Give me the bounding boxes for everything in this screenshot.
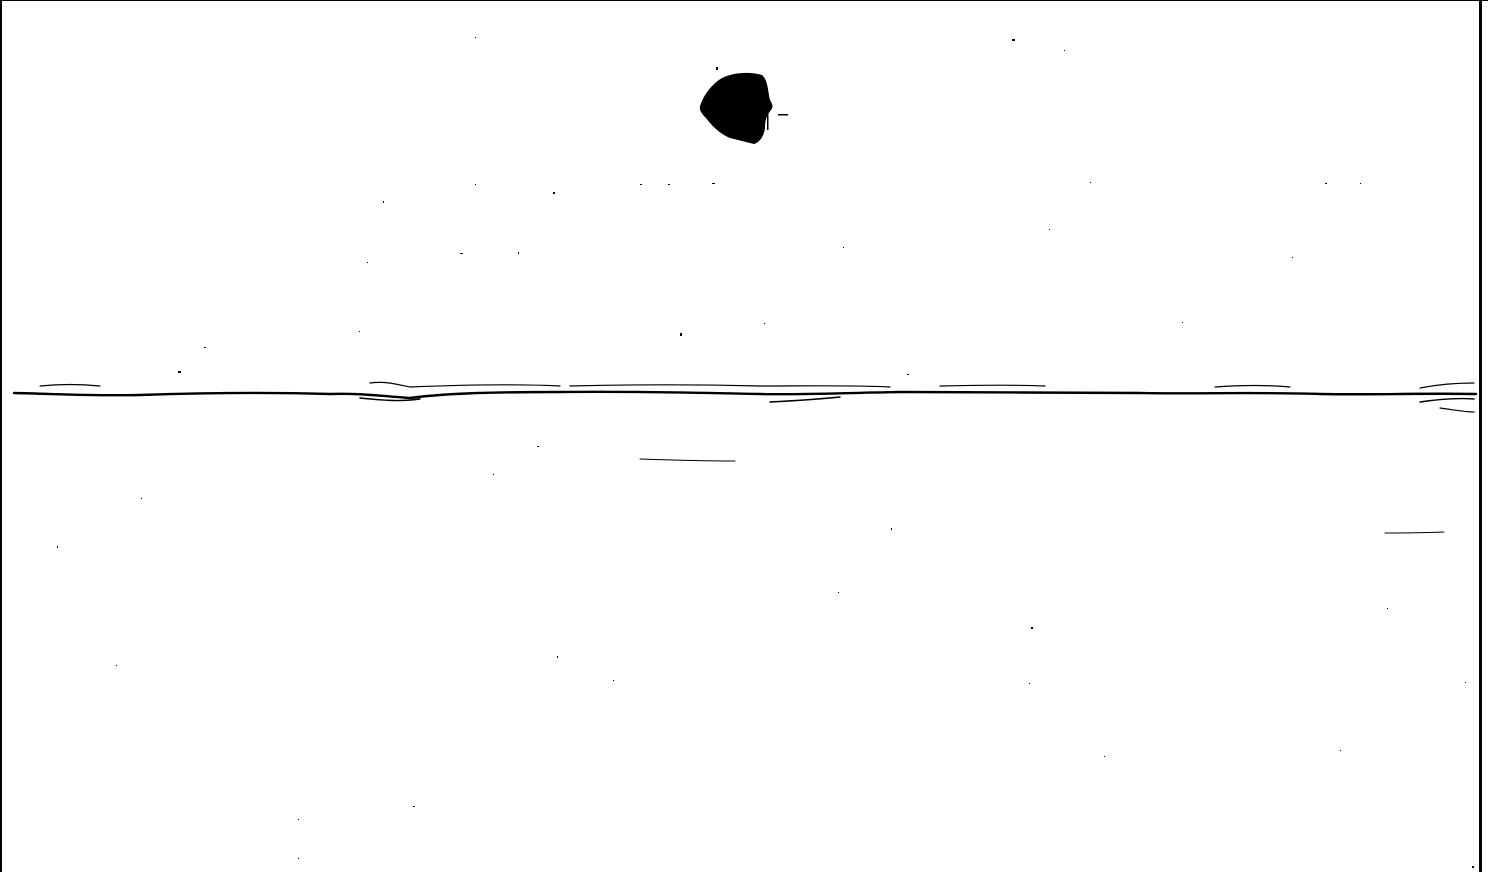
sun-flare bbox=[767, 104, 769, 130]
thresholded-horizon-photo bbox=[0, 0, 1488, 872]
left-border bbox=[0, 0, 2, 872]
sun-flare bbox=[778, 114, 788, 116]
speck bbox=[716, 67, 718, 70]
top-border bbox=[0, 0, 1488, 1]
right-border bbox=[1479, 0, 1482, 872]
